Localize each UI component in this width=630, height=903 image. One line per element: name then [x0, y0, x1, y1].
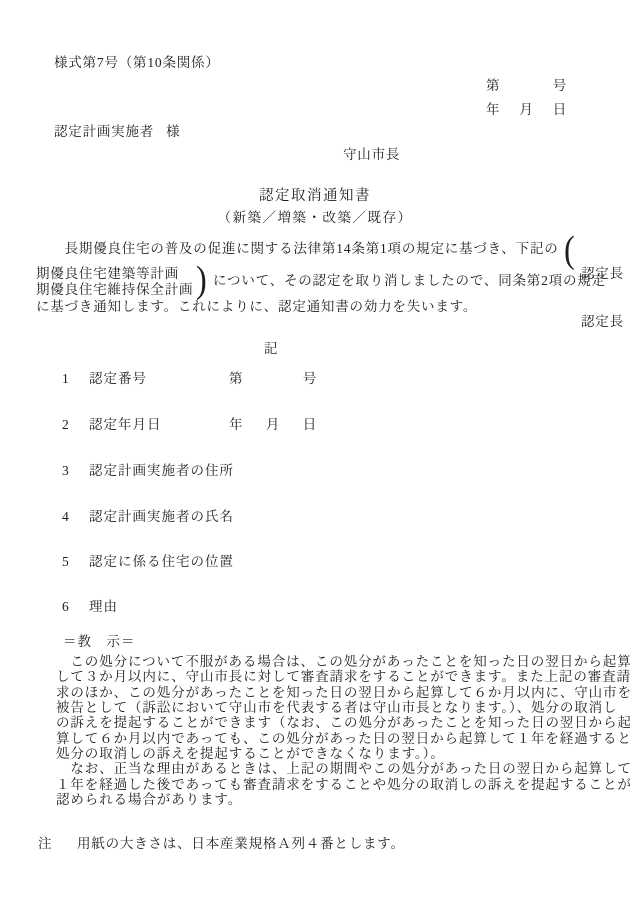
doc-number-suffix: 号	[553, 78, 567, 94]
date-year-label: 年	[486, 102, 500, 118]
date-line: 年 月 日	[486, 102, 567, 118]
document-title: 認定取消通知書	[0, 188, 630, 204]
item-value-blanks: 第 号	[229, 371, 317, 387]
notice-line: 算して６か月以内であっても、この処分があった日の翌日から起算して１年を経過すると	[56, 731, 630, 746]
body-line-1: 長期優良住宅の普及の促進に関する法律第14条第1項の規定に基づき、下記の	[36, 241, 559, 257]
item-number: 3	[62, 463, 70, 479]
value-part: 年	[229, 417, 243, 433]
notice-line: この処分について不服がある場合は、この処分があったことを知った日の翌日から起算	[56, 654, 630, 669]
issuer-name: 守山市長	[343, 147, 400, 163]
recipient-honorific: 様	[166, 124, 180, 139]
notice-line: 求のほか、この処分があったことを知った日の翌日から起算して６か月以内に、守山市を	[56, 685, 630, 700]
record-heading: 記	[264, 341, 278, 357]
doc-number-prefix: 第	[486, 78, 500, 94]
item-number: 4	[62, 509, 70, 525]
note-text: 用紙の大きさは、日本産業規格Ａ列４番とします。	[77, 836, 405, 852]
value-part: 月	[266, 417, 280, 433]
item-value-blanks: 年 月 日	[229, 417, 317, 433]
item-label: 認定に係る住宅の位置	[89, 554, 234, 570]
notice-line: の訴えを提起することができます（なお、この処分があったことを知った日の翌日から起	[56, 715, 630, 730]
item-number: 2	[62, 417, 70, 433]
notice-heading: ＝教 示＝	[63, 634, 136, 650]
notice-line: １年を経過した後であっても審査請求をすることや処分の取消しの訴えを提起することが	[56, 777, 630, 792]
notice-line: 被告として（訴訟において守山市を代表する者は守山市長となります。）、処分の取消し	[56, 700, 630, 715]
item-label: 認定年月日	[89, 417, 162, 433]
note-marker: 注	[38, 836, 52, 852]
document-page: 様式第7号（第10条関係） 第 号 年 月 日 認定計画実施者様 守山市長 認定…	[0, 0, 630, 903]
document-subtitle: （新築／増築・改築／既存）	[0, 210, 630, 226]
date-day-label: 日	[553, 102, 567, 118]
notice-line: なお、正当な理由があるときは、上記の期間やこの処分があった日の翌日から起算して	[56, 761, 630, 776]
value-part: 日	[303, 417, 317, 433]
notice-paragraph: この処分について不服がある場合は、この処分があったことを知った日の翌日から起算 …	[56, 654, 630, 807]
close-bracket: )	[196, 261, 207, 299]
doc-number-line: 第 号	[486, 78, 567, 94]
open-bracket: (	[564, 231, 575, 269]
value-part: 第	[229, 371, 243, 387]
notice-line: 認められる場合があります。	[56, 792, 630, 807]
bracket-variant-bottom: 認定長	[581, 314, 624, 330]
item-number: 5	[62, 554, 70, 570]
bracket-variants: 認定長 認定長	[581, 234, 624, 362]
item-label: 認定計画実施者の住所	[89, 463, 234, 479]
body-last-line: に基づき通知します。これによりに、認定通知書の効力を失います。	[36, 299, 477, 315]
date-month-label: 月	[519, 102, 533, 118]
form-number: 様式第7号（第10条関係）	[54, 55, 220, 71]
item-label: 理由	[89, 599, 118, 615]
notice-line: 処分の取消しの訴えを提起することができなくなります。）。	[56, 746, 630, 761]
recipient-label: 認定計画実施者	[54, 124, 154, 139]
body-cont-line-1: 期優良住宅建築等計画	[36, 266, 179, 282]
notice-line: して３か月以内に、守山市長に対して審査請求をすることができます。また上記の審査請	[56, 669, 630, 684]
item-number: 6	[62, 599, 70, 615]
value-part: 号	[303, 371, 317, 387]
item-number: 1	[62, 371, 70, 387]
body-cont-line-2: 期優良住宅維持保全計画	[36, 282, 193, 298]
recipient-line: 認定計画実施者様	[54, 124, 180, 140]
item-label: 認定番号	[89, 371, 147, 387]
item-label: 認定計画実施者の氏名	[89, 509, 234, 525]
body-after-bracket: について、その認定を取り消しましたので、同条第2項の規定	[213, 273, 606, 289]
